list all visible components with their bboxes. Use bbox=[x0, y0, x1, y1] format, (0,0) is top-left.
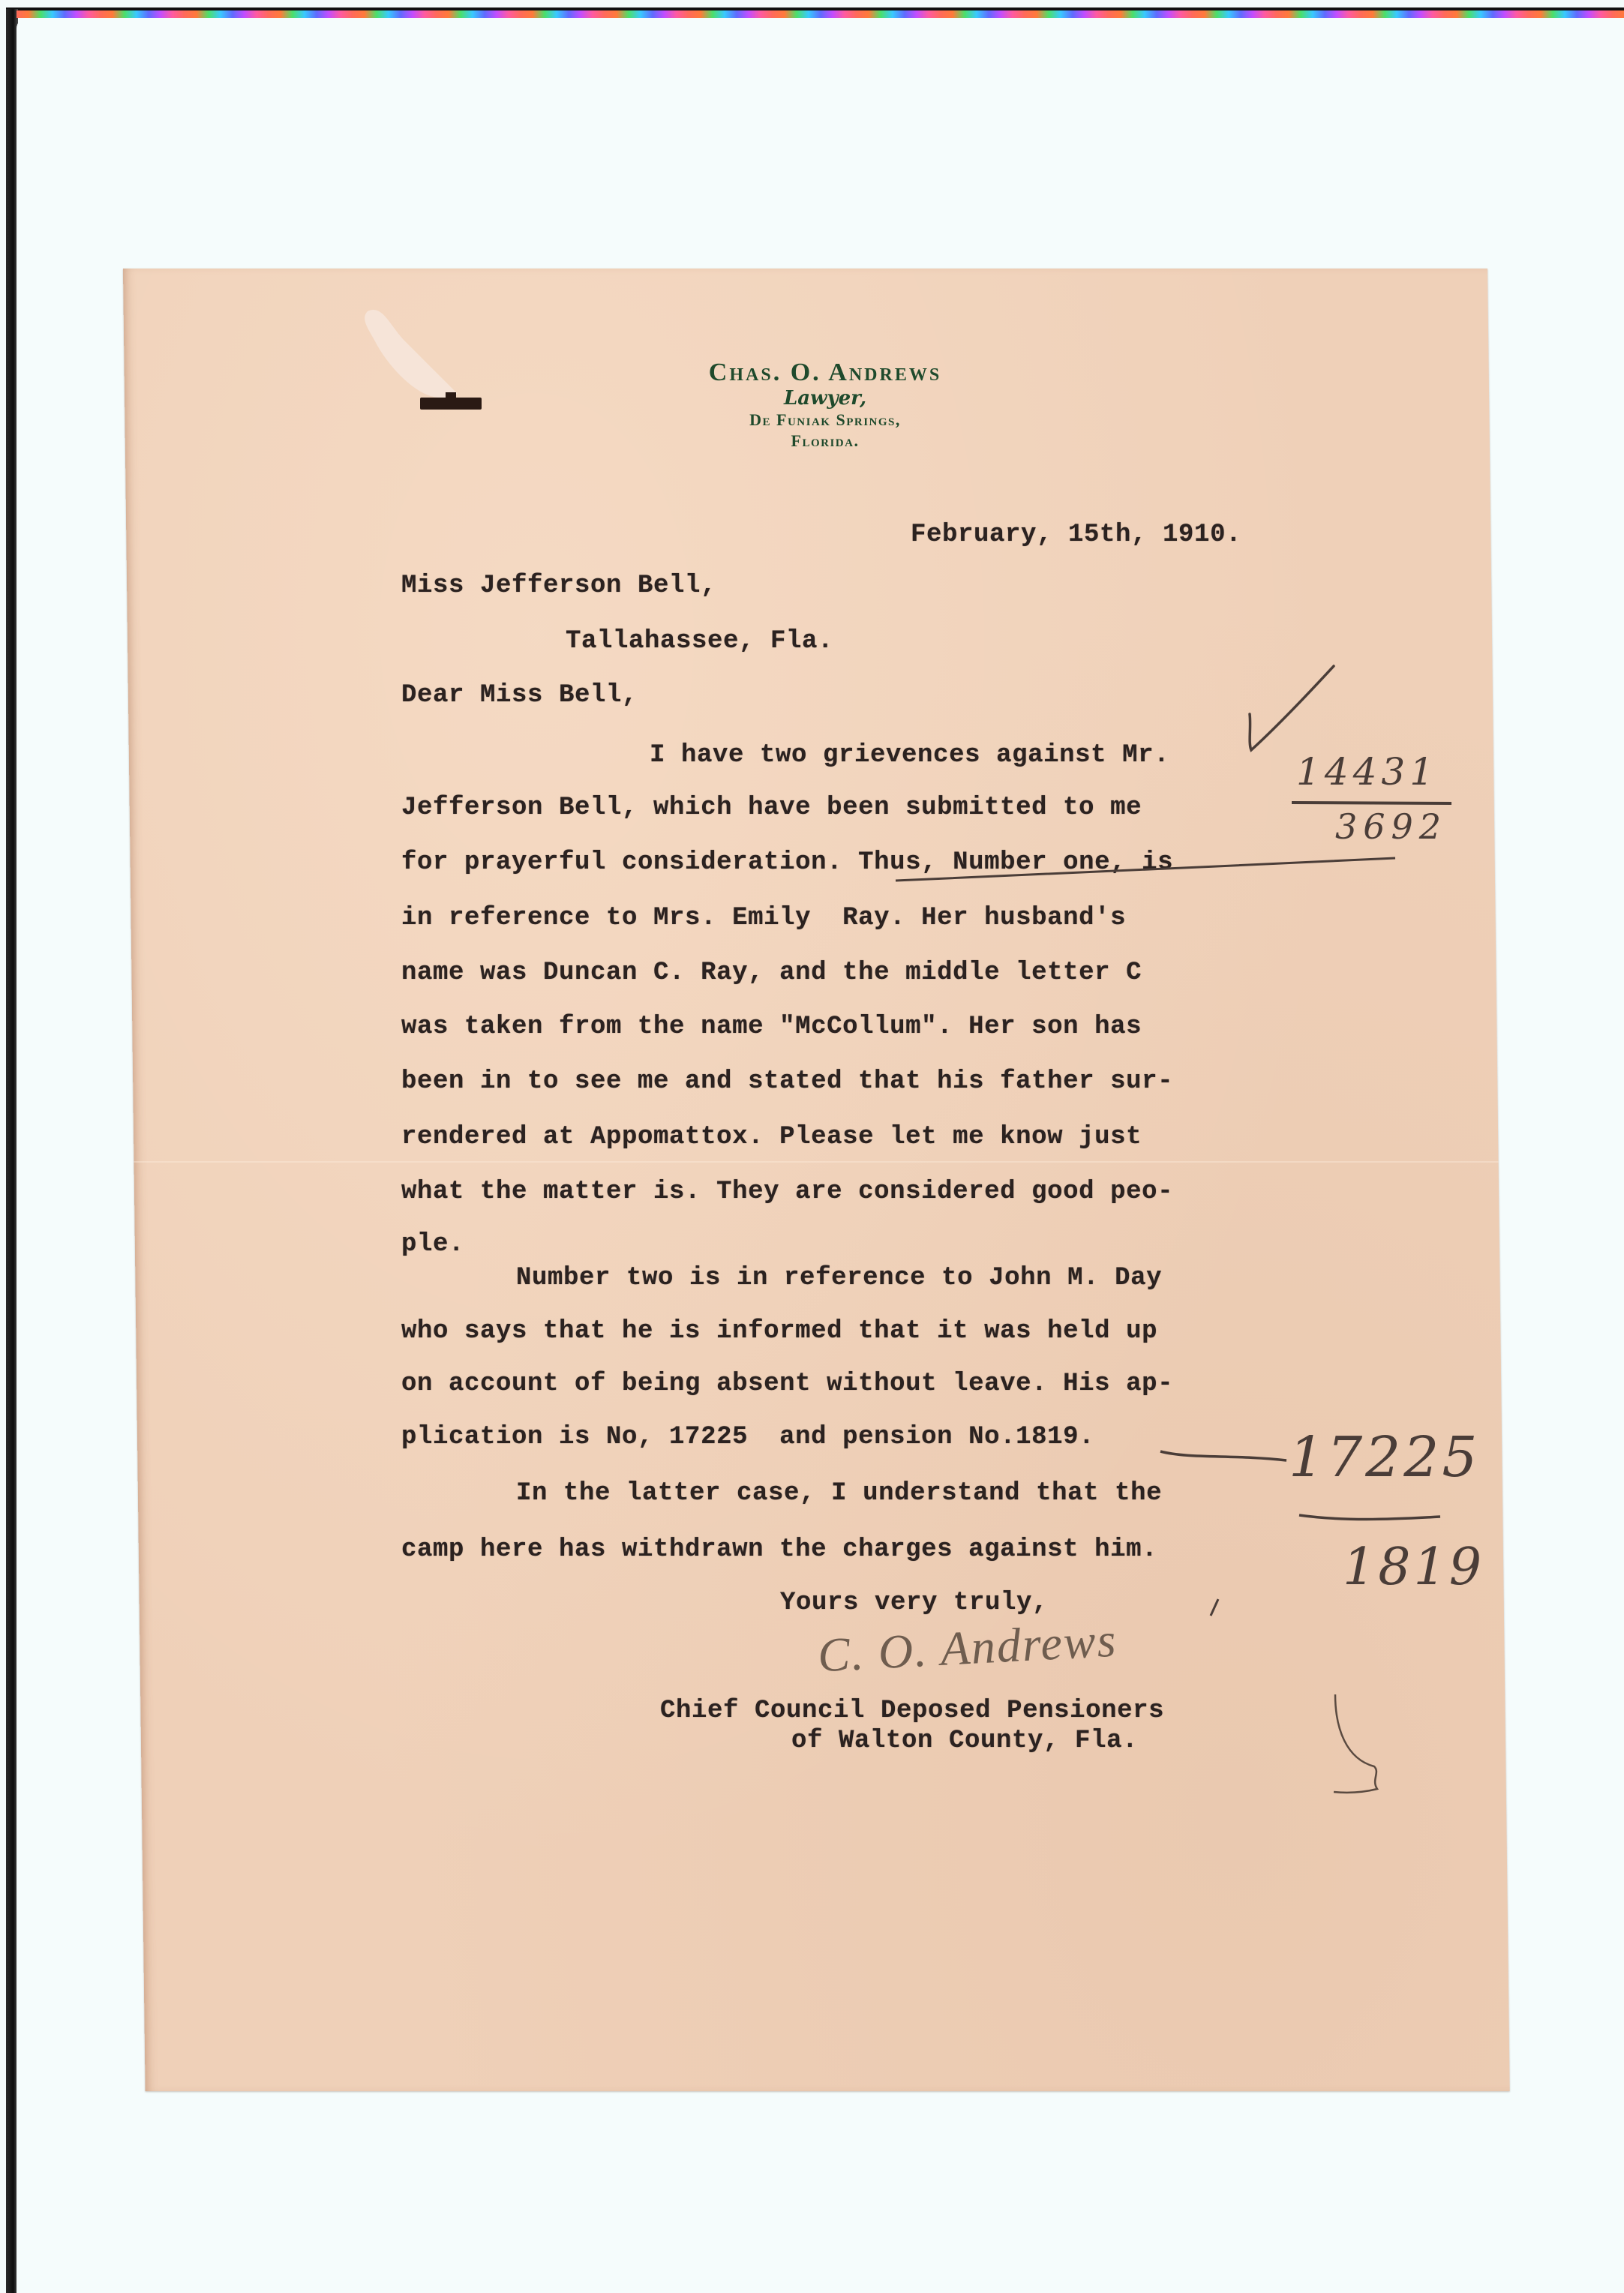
letterhead-name: Chas. O. Andrews bbox=[600, 359, 1050, 387]
fraction-line-1 bbox=[1290, 799, 1455, 806]
annotation-denominator-1: 3692 bbox=[1335, 806, 1447, 847]
paper-fold-line bbox=[134, 1161, 1499, 1163]
body-line: in reference to Mrs. Emily Ray. Her husb… bbox=[401, 904, 1126, 932]
pencil-tick-mark bbox=[1208, 1596, 1223, 1619]
body-line: on account of being absent without leave… bbox=[401, 1370, 1173, 1398]
body-line: ple. bbox=[401, 1230, 464, 1259]
body-line: what the matter is. They are considered … bbox=[401, 1178, 1173, 1206]
signer-title-line1: Chief Council Deposed Pensioners bbox=[660, 1697, 1164, 1725]
body-line: who says that he is informed that it was… bbox=[401, 1317, 1157, 1346]
letter-date: February, 15th, 1910. bbox=[911, 521, 1241, 549]
bracket-mark-icon bbox=[1328, 1691, 1403, 1804]
connector-stroke-17225 bbox=[1159, 1444, 1294, 1466]
recipient-city: Tallahassee, Fla. bbox=[566, 627, 833, 656]
recipient-name: Miss Jefferson Bell, bbox=[401, 572, 716, 600]
salutation: Dear Miss Bell, bbox=[401, 681, 638, 710]
body-line: been in to see me and stated that his fa… bbox=[401, 1067, 1173, 1096]
annotation-denominator-2: 1819 bbox=[1343, 1538, 1484, 1597]
body-line: rendered at Appomattox. Please let me kn… bbox=[401, 1123, 1142, 1151]
scanner-color-strip bbox=[17, 11, 1624, 18]
closing: Yours very truly, bbox=[780, 1589, 1048, 1617]
letterhead-city: De Funiak Springs, bbox=[600, 410, 1050, 431]
body-line: Number two is in reference to John M. Da… bbox=[516, 1264, 1162, 1292]
body-line: Jefferson Bell, which have been submitte… bbox=[401, 794, 1142, 822]
body-line: camp here has withdrawn the charges agai… bbox=[401, 1535, 1157, 1564]
letterhead-state: Florida. bbox=[600, 431, 1050, 452]
checkmark-icon bbox=[1238, 660, 1343, 758]
annotation-numerator-2: 17225 bbox=[1289, 1425, 1480, 1490]
fraction-line-2 bbox=[1298, 1512, 1448, 1527]
body-line: I have two grievences against Mr. bbox=[650, 741, 1169, 770]
signer-title-line2: of Walton County, Fla. bbox=[791, 1727, 1138, 1755]
body-line: plication is No, 17225 and pension No.18… bbox=[401, 1423, 1094, 1451]
body-line: was taken from the name "McCollum". Her … bbox=[401, 1013, 1142, 1041]
body-line: name was Duncan C. Ray, and the middle l… bbox=[401, 959, 1142, 987]
underline-stroke-number-one bbox=[893, 855, 1403, 885]
annotation-numerator-1: 14431 bbox=[1296, 750, 1438, 794]
tape-residue-mark bbox=[420, 398, 482, 410]
letterhead: Chas. O. Andrews Lawyer, De Funiak Sprin… bbox=[600, 359, 1050, 452]
body-line: In the latter case, I understand that th… bbox=[516, 1479, 1162, 1508]
letterhead-title: Lawyer, bbox=[600, 387, 1050, 410]
